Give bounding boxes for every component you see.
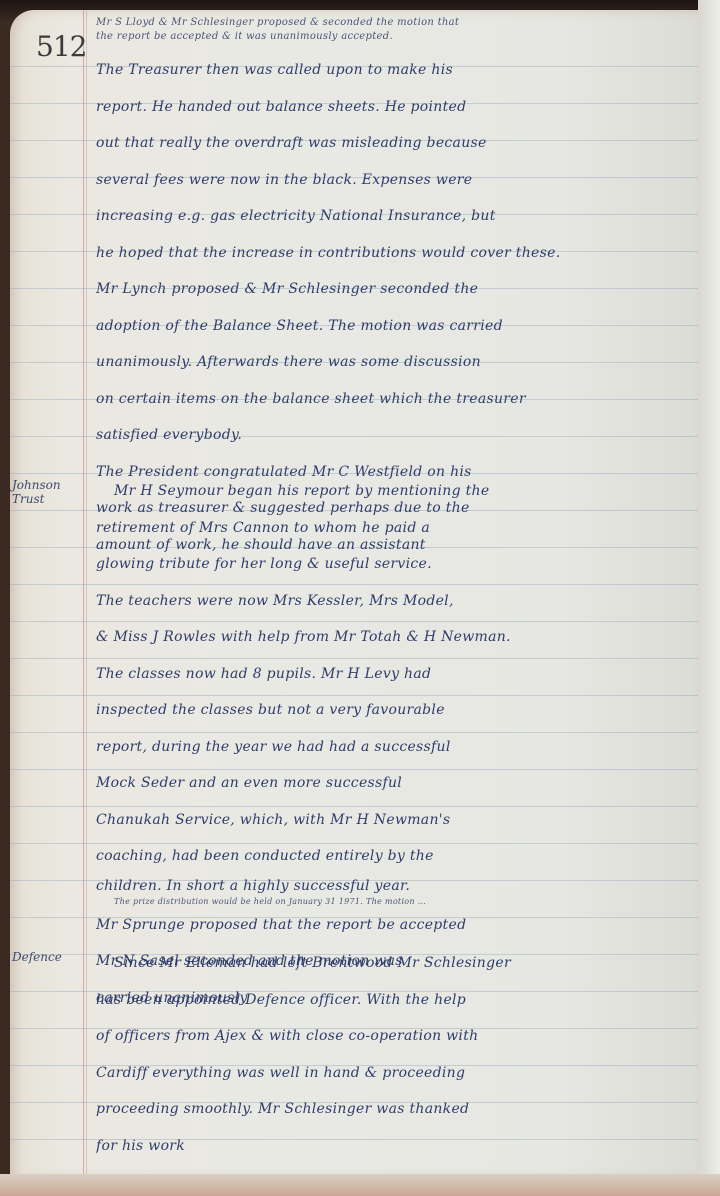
text-line: Mr Lynch proposed & Mr Schlesinger secon… (96, 271, 668, 308)
ledger-page: 512 Mr S Lloyd & Mr Schlesinger proposed… (10, 10, 698, 1178)
page-edge-bottom (0, 1174, 720, 1196)
text-line: unanimously. Afterwards there was some d… (96, 344, 668, 381)
text-line: proceeding smoothly. Mr Schlesinger was … (96, 1091, 668, 1128)
text-line: adoption of the Balance Sheet. The motio… (96, 308, 668, 345)
text-line: report, during the year we had had a suc… (96, 729, 668, 766)
text-line: Cardiff everything was well in hand & pr… (96, 1055, 668, 1092)
margin-label-defence: Defence (10, 950, 82, 964)
text-line: Since Mr Elleman had left Brentwood Mr S… (96, 945, 668, 982)
text-line: The Treasurer then was called upon to ma… (96, 52, 668, 89)
text-line: several fees were now in the black. Expe… (96, 162, 668, 199)
margin-rule (83, 10, 84, 1178)
text-line: report. He handed out balance sheets. He… (96, 89, 668, 126)
text-line: glowing tribute for her long & useful se… (96, 546, 668, 583)
text-line: of officers from Ajex & with close co-op… (96, 1018, 668, 1055)
inserted-note: The prize distribution would be held on … (96, 897, 668, 907)
text-line: increasing e.g. gas electricity National… (96, 198, 668, 235)
text-line: for his work (96, 1128, 668, 1165)
header-note-line: the report be accepted & it was unanimou… (96, 30, 668, 44)
text-line: satisfied everybody. (96, 417, 668, 454)
text-line: he hoped that the increase in contributi… (96, 235, 668, 272)
education-section: Mr H Seymour began his report by mention… (96, 473, 668, 1016)
text-line: & Miss J Rowles with help from Mr Totah … (96, 619, 668, 656)
text-line: The teachers were now Mrs Kessler, Mrs M… (96, 583, 668, 620)
text-line: coaching, had been conducted entirely by… (96, 838, 668, 875)
text-line: Mr Sprunge proposed that the report be a… (96, 907, 668, 944)
margin-label-johnson-trust: Johnson Trust (10, 478, 82, 506)
defence-section: Since Mr Elleman had left Brentwood Mr S… (96, 945, 668, 1164)
text-line: on certain items on the balance sheet wh… (96, 381, 668, 418)
header-note-line: Mr S Lloyd & Mr Schlesinger proposed & s… (96, 16, 668, 30)
text-line: Mr H Seymour began his report by mention… (96, 473, 668, 510)
text-line: The classes now had 8 pupils. Mr H Levy … (96, 656, 668, 693)
header-note: Mr S Lloyd & Mr Schlesinger proposed & s… (96, 16, 668, 44)
text-line: inspected the classes but not a very fav… (96, 692, 668, 729)
margin-rule-secondary (86, 10, 87, 1178)
text-line: Chanukah Service, which, with Mr H Newma… (96, 802, 668, 839)
text-line: Mock Seder and an even more successful (96, 765, 668, 802)
page-number: 512 (36, 30, 86, 63)
text-line: retirement of Mrs Cannon to whom he paid… (96, 510, 668, 547)
text-line: has been appointed Defence officer. With… (96, 982, 668, 1019)
page-edge-right (698, 0, 720, 1196)
text-line: children. In short a highly successful y… (96, 875, 668, 897)
text-line: out that really the overdraft was mislea… (96, 125, 668, 162)
